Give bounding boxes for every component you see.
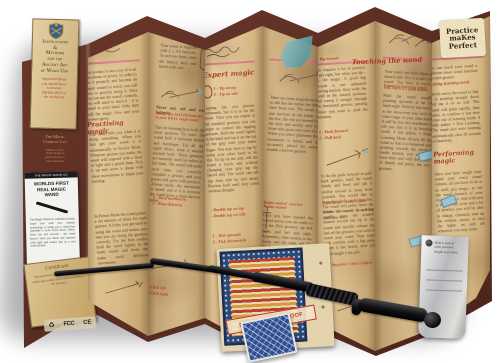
exiting-learning-mode: Exiting learning mode [429,79,470,86]
punch-hole [319,262,322,265]
company-name: The Magic Company Ltd [30,134,80,145]
note-rule [426,289,462,291]
wand-end-cap [424,312,441,328]
panel-7-body1: You can teach your wand a different lowe… [428,63,478,82]
panel-4-body1: There are some magical moves so old that… [267,95,320,155]
panel-5-body1: This requires a lot of practice to get r… [314,65,368,120]
cover-title: Instructions & Methods for the Ancient A… [33,39,77,75]
tick-gestures: 1 - Tick upwards 2 - Tick downwards [212,231,246,246]
panel-1-intro: This product is not a toy. It is an inst… [84,66,139,121]
company-block: The Magic Company Ltd Makers of the fine… [30,134,80,164]
recycle-icon: ♻ [48,321,55,329]
panel-2: CHANGING BATTERIES AND BATTERY USE Your … [148,0,205,363]
pink-rule [80,59,140,65]
panel-6-body2: Hold the wand steadily, pointing upwards… [379,93,435,174]
ce-mark: CE [83,320,92,327]
pulse-confirm: 1 big pulse = One Confirm [329,261,372,268]
rosa-spells: 1 - Rosa mutilatum 2 - Rosa deletrius [152,194,186,209]
wand-illustration [36,201,68,213]
company-address: Makers of the finest magical goods known… [30,149,80,164]
tip-gestures: 1 - Tip on top 2 - Tip on side [213,85,238,99]
pink-rule [198,60,255,65]
crest-icon [46,22,64,40]
product-card-header: THE MAGIC WAND CO [25,171,78,179]
panel-1-freeze-paragraph: In Freeze Mode the wand pulses a set amo… [94,210,149,265]
panel-7-body2: Slowly move the wand so that it is point… [429,89,481,144]
photo-of-wand-instruction-leaflet: Instructions & Methods for the Ancient A… [0,0,500,363]
practice-makes-perfect-motto: Practice maKes Perfect [439,18,486,58]
panel-3-heading: Expert magic [202,69,254,79]
arrow-wand-sketch-icon [324,145,371,170]
fcc-mark: FCC [63,321,74,328]
hand-sketch-icon [157,83,202,106]
panel-3-body: Tapping has you precise commands, but it… [203,103,259,194]
hand-sketch-icon [274,65,321,90]
panel-5-body3: While the wand is pulsing rapidly, press… [323,206,377,256]
punch-hole [321,305,324,308]
product-card-body: The Magic Wand Co combines ancient wand … [30,217,76,248]
cover-label: Instructions & Methods for the Ancient A… [30,18,80,129]
double-tap-gestures: - Double tap on top - Double tap on side [211,205,246,220]
purchase-note: Make a note of when you have bought your… [434,241,465,255]
product-card-title: WORLDS FIRST REAL MAGIC WAND [25,180,78,198]
note-rule [426,279,462,281]
clip-hole [425,239,432,246]
push-pull-gestures: 1 - Push forward 2 - Pull back [319,128,349,142]
big-swoosh-label: 4 - Big Swoosh [314,56,338,61]
wand-sketch-icon [103,278,148,297]
performing-magic-heading: Performing magic [433,149,478,165]
panel-2-body: Tips for learning how to do the most ges… [150,124,205,205]
blue-highlight-tab [418,150,435,162]
panel-1-body: Your wand tells you when it is doing som… [88,128,143,183]
note-rule [427,269,463,271]
battery-paragraph: Your wand is supplied with 2 x AA batter… [159,43,198,71]
cover-notice: Important things you should know to beco… [32,77,76,101]
